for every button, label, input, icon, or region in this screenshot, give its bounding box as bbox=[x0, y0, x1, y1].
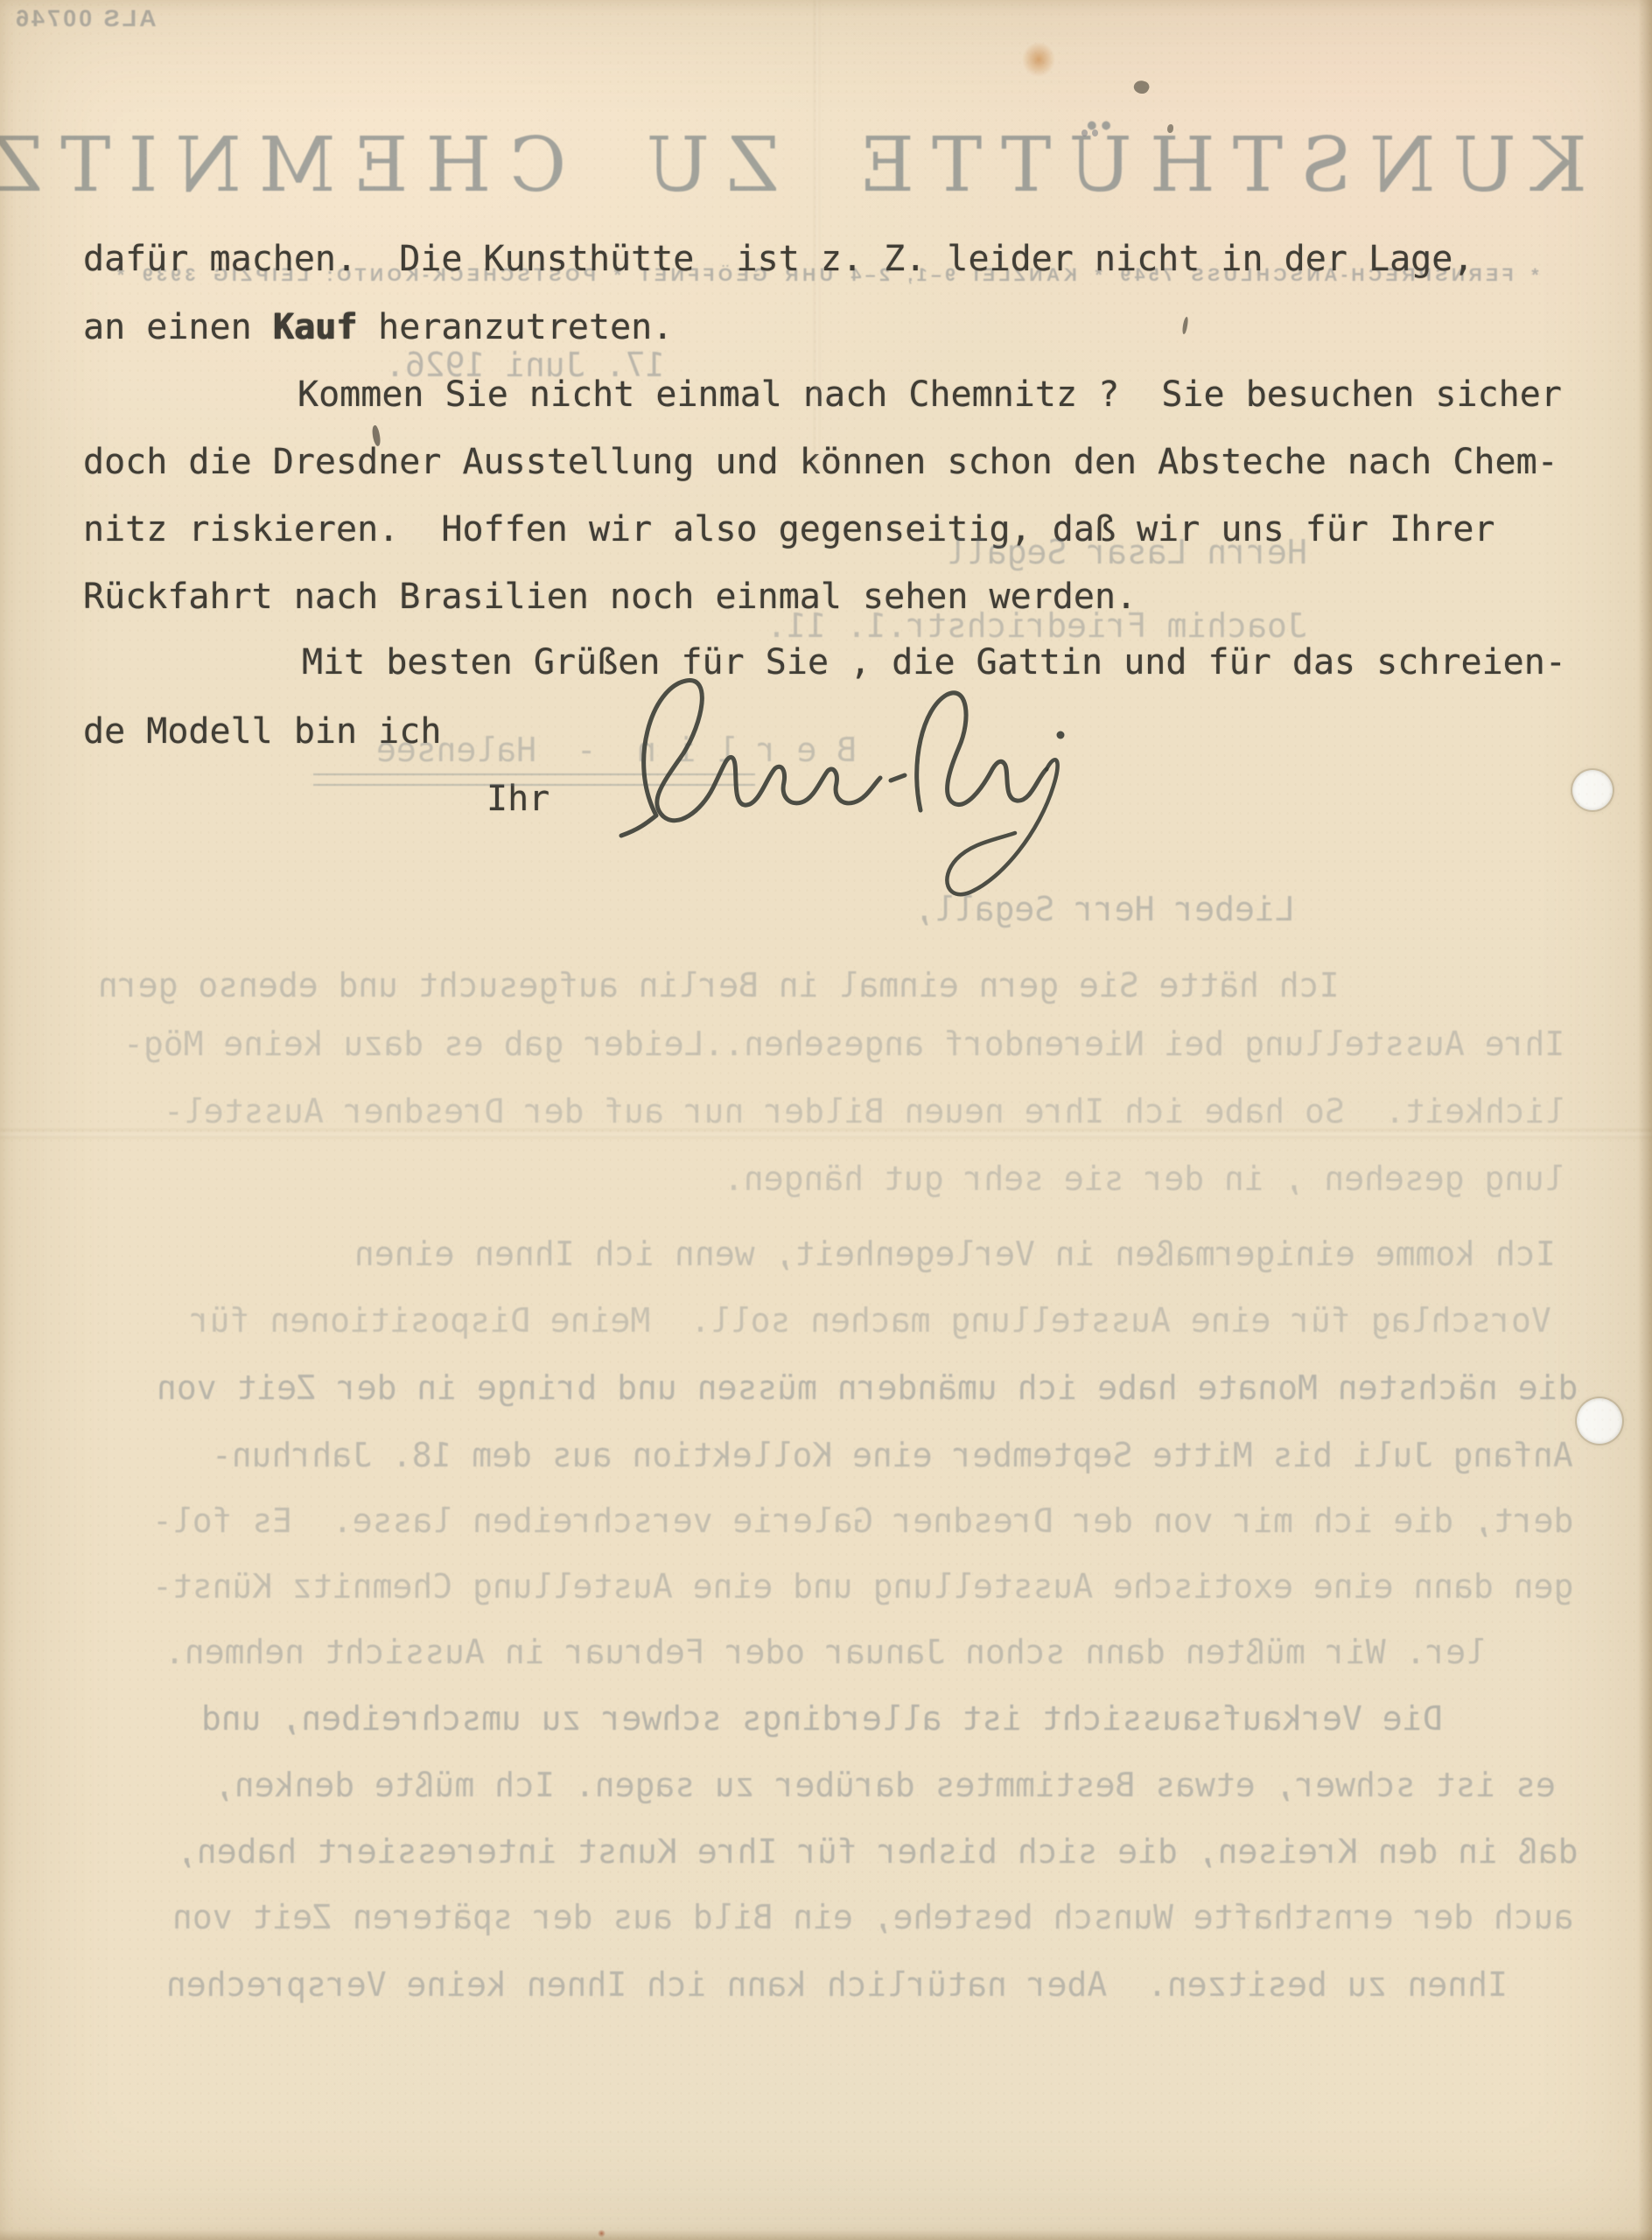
typed-line-1: dafür machen. Die Kunsthütte ist z. Z. l… bbox=[83, 241, 1473, 276]
hole-punch-top bbox=[1572, 770, 1613, 810]
ghost-line-3: Ihre Ausstellung bei Nierendorf angesehe… bbox=[123, 1027, 1564, 1060]
typed-line-4: doch die Dresdner Ausstellung und können… bbox=[83, 444, 1558, 479]
typed-line-2-pre: an einen bbox=[83, 307, 273, 347]
ghost-address-name: Herrn Lasar Segall bbox=[947, 535, 1307, 569]
gray-dot-2 bbox=[1092, 129, 1098, 136]
ghost-line-11: gen dann eine exotische Ausstellung und … bbox=[152, 1570, 1573, 1603]
ghost-line-6: Ich komme einigermaßen in Verlegenheit, … bbox=[354, 1237, 1556, 1270]
ghost-line-7: Vorschlag für eine Ausstellung machen so… bbox=[190, 1304, 1551, 1337]
ghost-address-street: Joachim Friedrichstr.1. 11. bbox=[766, 609, 1307, 642]
ink-speck-3 bbox=[1182, 317, 1189, 335]
typed-line-2: an einen Kauf heranzutreten. bbox=[83, 310, 673, 345]
ghost-line-17: Ihnen zu besitzen. Aber natürlich kann i… bbox=[166, 1968, 1508, 2001]
ghost-line-15: daß in den Kreisen, die sich bisher für … bbox=[177, 1835, 1578, 1868]
ghost-line-2: Ich hätte Sie gern einmal in Berlin aufg… bbox=[98, 969, 1339, 1002]
ghost-line-13: Die Verkaufsaussicht ist allerdings schw… bbox=[201, 1702, 1442, 1735]
ghost-line-9: Anfang Juli bis Mitte September eine Kol… bbox=[212, 1438, 1573, 1472]
ink-speck-1 bbox=[1132, 78, 1151, 96]
bottom-edge-shadow bbox=[0, 2229, 1652, 2240]
letter-page: ALS 00746 KUNSTHÜTTE ZU CHEMNITZ * FERNS… bbox=[0, 0, 1652, 2240]
ghost-line-10: dert, die ich mir von der Dresdner Galer… bbox=[152, 1504, 1573, 1537]
typed-line-3: Kommen Sie nicht einmal nach Chemnitz ? … bbox=[297, 377, 1562, 412]
typed-line-2-post: heranzutreten. bbox=[357, 307, 673, 347]
ghost-line-12: ler. Wir müßten dann schon Januar oder F… bbox=[164, 1635, 1486, 1669]
ghost-line-1: Lieber Herr Segall, bbox=[914, 892, 1295, 926]
typed-word-kauf: Kauf bbox=[273, 307, 357, 347]
stain-orange bbox=[1022, 42, 1055, 77]
letterhead-title-ghost: KUNSTHÜTTE ZU CHEMNITZ bbox=[65, 128, 1587, 203]
ghost-line-14: es ist schwer, etwas Bestimmtes darüber … bbox=[214, 1768, 1556, 1802]
gray-dot-1 bbox=[1081, 129, 1088, 136]
ghost-line-4: lichkeit. So habe ich Ihre neuen Bilder … bbox=[164, 1095, 1564, 1128]
horizontal-fold-crease bbox=[0, 1129, 1652, 1138]
signature-handwriting bbox=[490, 647, 1067, 919]
right-edge-shadow bbox=[1638, 0, 1652, 2240]
vertical-crease bbox=[814, 0, 820, 472]
ghost-line-8: die nächsten Monate habe ich umändern mü… bbox=[157, 1371, 1578, 1404]
ghost-line-5: lung gesehen , in der sie sehr gut hänge… bbox=[724, 1162, 1564, 1195]
archive-stamp-ghost: ALS 00746 bbox=[13, 7, 157, 31]
hole-punch-bottom bbox=[1577, 1398, 1622, 1444]
ghost-line-16: auch der ernsthafte Wunsch bestehe, ein … bbox=[172, 1900, 1573, 1934]
